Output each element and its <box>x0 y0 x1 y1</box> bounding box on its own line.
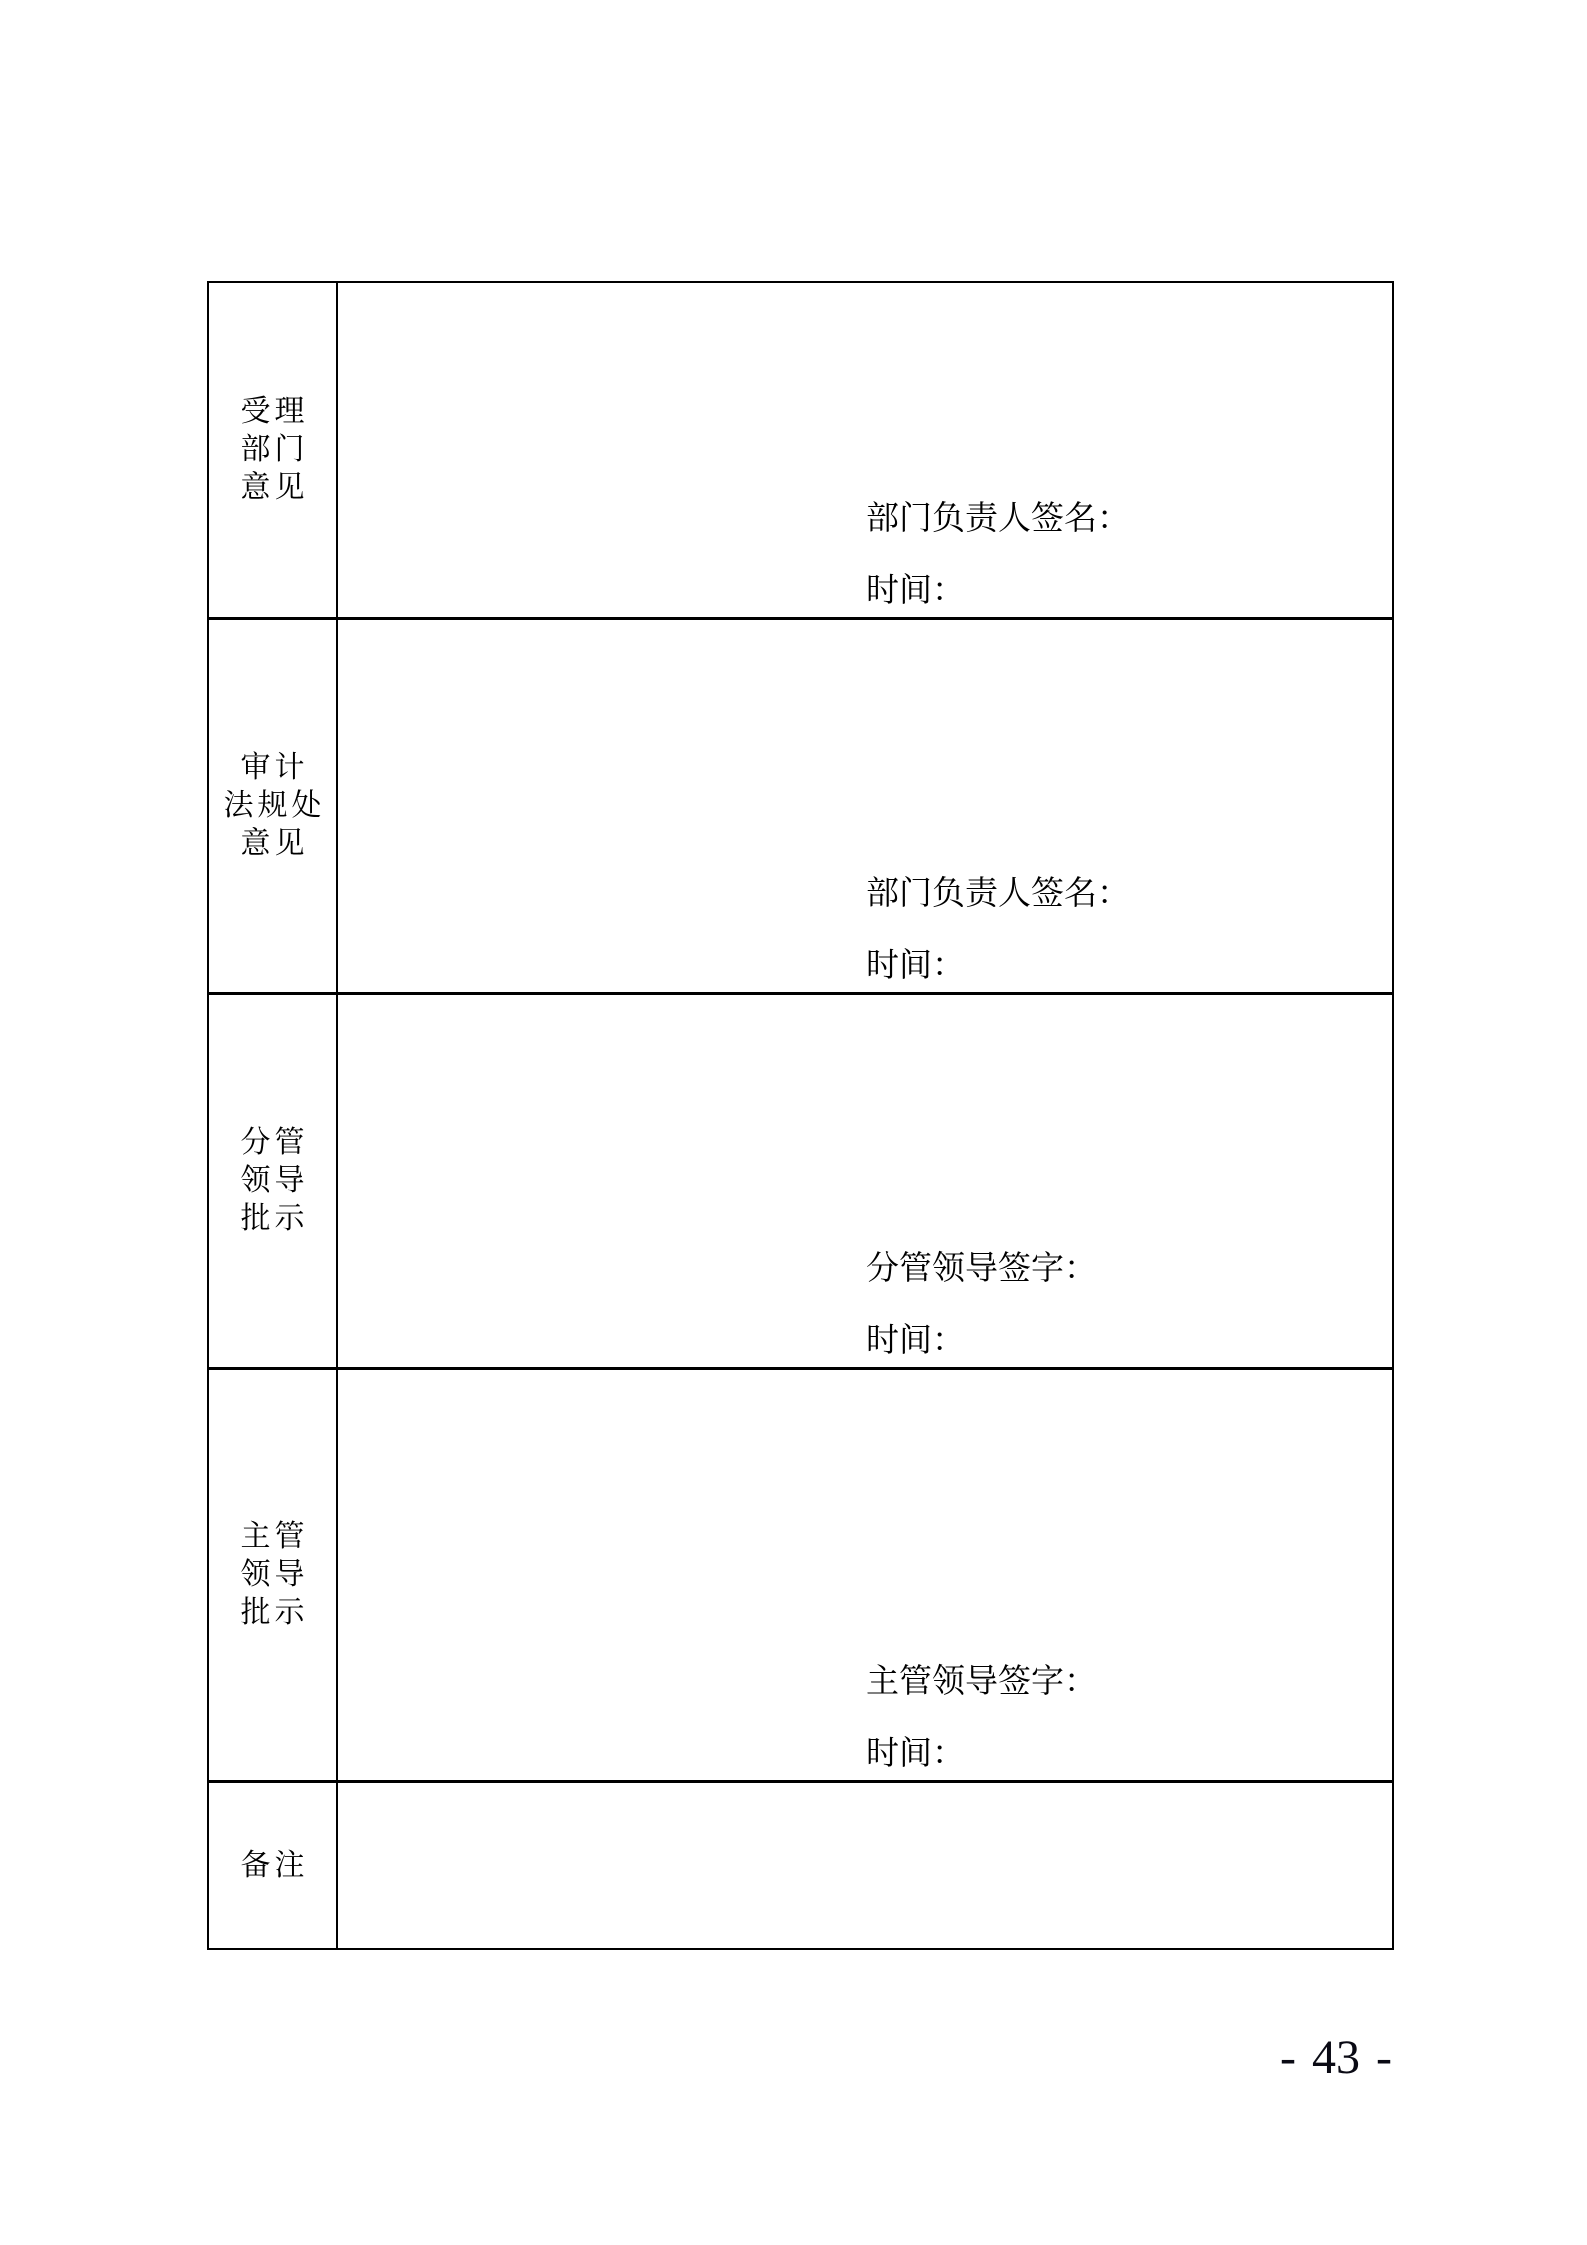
row-label-line: 意见 <box>237 825 309 863</box>
document-page: 受理 部门 意见 部门负责人签名： 时间： 审计 法规处 意见 部门负责人签名：… <box>0 0 1587 2245</box>
cell-deputy-leader-instructions: 分管领导签字： 时间： <box>338 995 1392 1370</box>
row-label-line: 受理 <box>237 393 309 431</box>
cell-accepting-department-opinion: 部门负责人签名： 时间： <box>338 283 1392 620</box>
page-number: - 43 - <box>1280 2030 1392 2085</box>
row-label-deputy-leader-instructions: 分管 领导 批示 <box>209 995 338 1370</box>
row-label-line: 意见 <box>237 469 309 507</box>
row-label-line: 主管 <box>237 1518 309 1556</box>
row-label-accepting-department-opinion: 受理 部门 意见 <box>209 283 338 620</box>
department-head-signature-label: 部门负责人签名： <box>866 499 1130 539</box>
cell-remarks <box>338 1783 1392 1948</box>
row-label-line: 备注 <box>237 1847 309 1885</box>
cell-chief-leader-instructions: 主管领导签字： 时间： <box>338 1370 1392 1783</box>
row-label-remarks: 备注 <box>209 1783 338 1948</box>
time-label: 时间： <box>866 946 965 986</box>
row-label-audit-legal-division-opinion: 审计 法规处 意见 <box>209 620 338 995</box>
row-label-line: 部门 <box>237 431 309 469</box>
row-label-line: 批示 <box>237 1200 309 1238</box>
time-label: 时间： <box>866 571 965 611</box>
row-label-chief-leader-instructions: 主管 领导 批示 <box>209 1370 338 1783</box>
deputy-leader-signature-label: 分管领导签字： <box>866 1249 1097 1289</box>
row-label-line: 审计 <box>237 749 309 787</box>
chief-leader-signature-label: 主管领导签字： <box>866 1662 1097 1702</box>
time-label: 时间： <box>866 1734 965 1774</box>
cell-audit-legal-division-opinion: 部门负责人签名： 时间： <box>338 620 1392 995</box>
row-label-line: 批示 <box>237 1594 309 1632</box>
department-head-signature-label: 部门负责人签名： <box>866 874 1130 914</box>
row-label-line: 分管 <box>237 1124 309 1162</box>
time-label: 时间： <box>866 1321 965 1361</box>
row-label-line: 法规处 <box>220 787 326 825</box>
row-label-line: 领导 <box>237 1556 309 1594</box>
approval-opinions-table: 受理 部门 意见 部门负责人签名： 时间： 审计 法规处 意见 部门负责人签名：… <box>207 281 1394 1950</box>
row-label-line: 领导 <box>237 1162 309 1200</box>
